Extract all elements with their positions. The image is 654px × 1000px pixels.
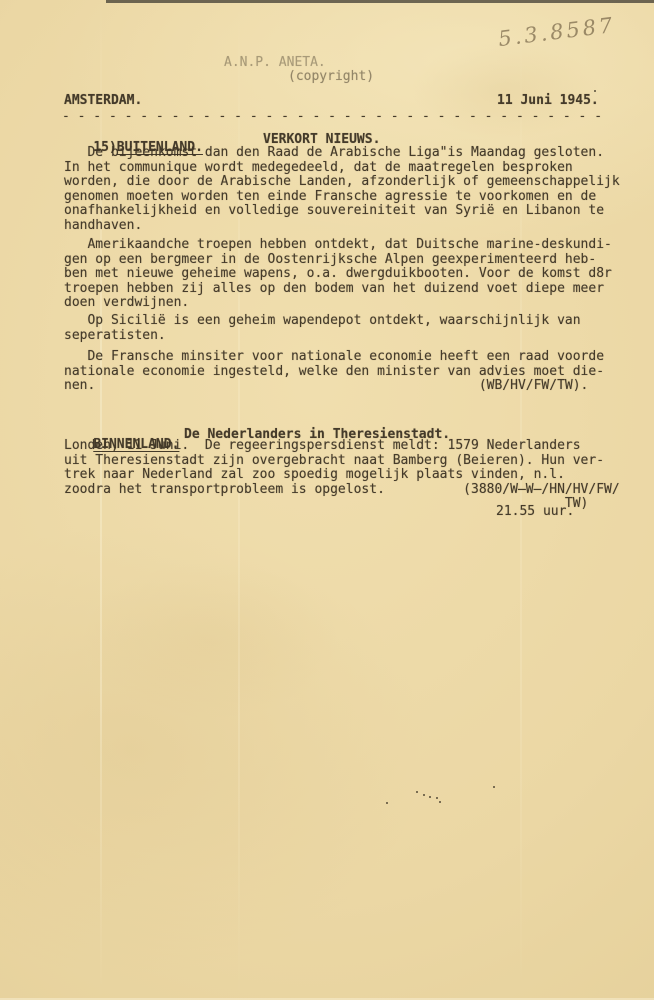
- news-paragraph-fransche-minister: De Fransche minsiter voor nationale econ…: [64, 350, 604, 394]
- ink-speck: [493, 786, 495, 788]
- ink-speck: [423, 794, 425, 796]
- news-paragraph-sicilie: Op Sicilië is een geheim wapendepot ontd…: [64, 314, 581, 343]
- timestamp: 21.55 uur.: [496, 505, 574, 520]
- dashed-separator: - - - - - - - - - - - - - - - - - - - - …: [62, 110, 602, 125]
- paper-stain: [410, 40, 600, 140]
- dateline-city: AMSTERDAM.: [64, 94, 142, 109]
- news-paragraph-arabische-liga: De bijeenkomst dan den Raad de Arabische…: [64, 146, 620, 234]
- ink-speck: [386, 802, 388, 804]
- ink-speck: [439, 801, 441, 803]
- copyright-note: (copyright): [288, 70, 374, 85]
- ink-speck: [429, 796, 431, 798]
- ink-speck: [436, 797, 438, 799]
- ink-speck: [594, 90, 596, 92]
- scan-edge-top: [106, 0, 654, 3]
- news-paragraph-theresienstadt: Londen, 11 Juni. De regeeringspersdienst…: [64, 439, 620, 512]
- ink-speck: [416, 791, 418, 793]
- news-paragraph-alpen-wapens: Amerikaandche troepen hebben ontdekt, da…: [64, 238, 612, 311]
- dateline-date: 11 Juni 1945.: [497, 94, 599, 109]
- paper-stain: [80, 560, 340, 720]
- handwritten-archive-number: 5.3.8587: [497, 13, 617, 51]
- document-page: 5.3.8587 A.N.P. ANETA. (copyright) AMSTE…: [0, 0, 654, 1000]
